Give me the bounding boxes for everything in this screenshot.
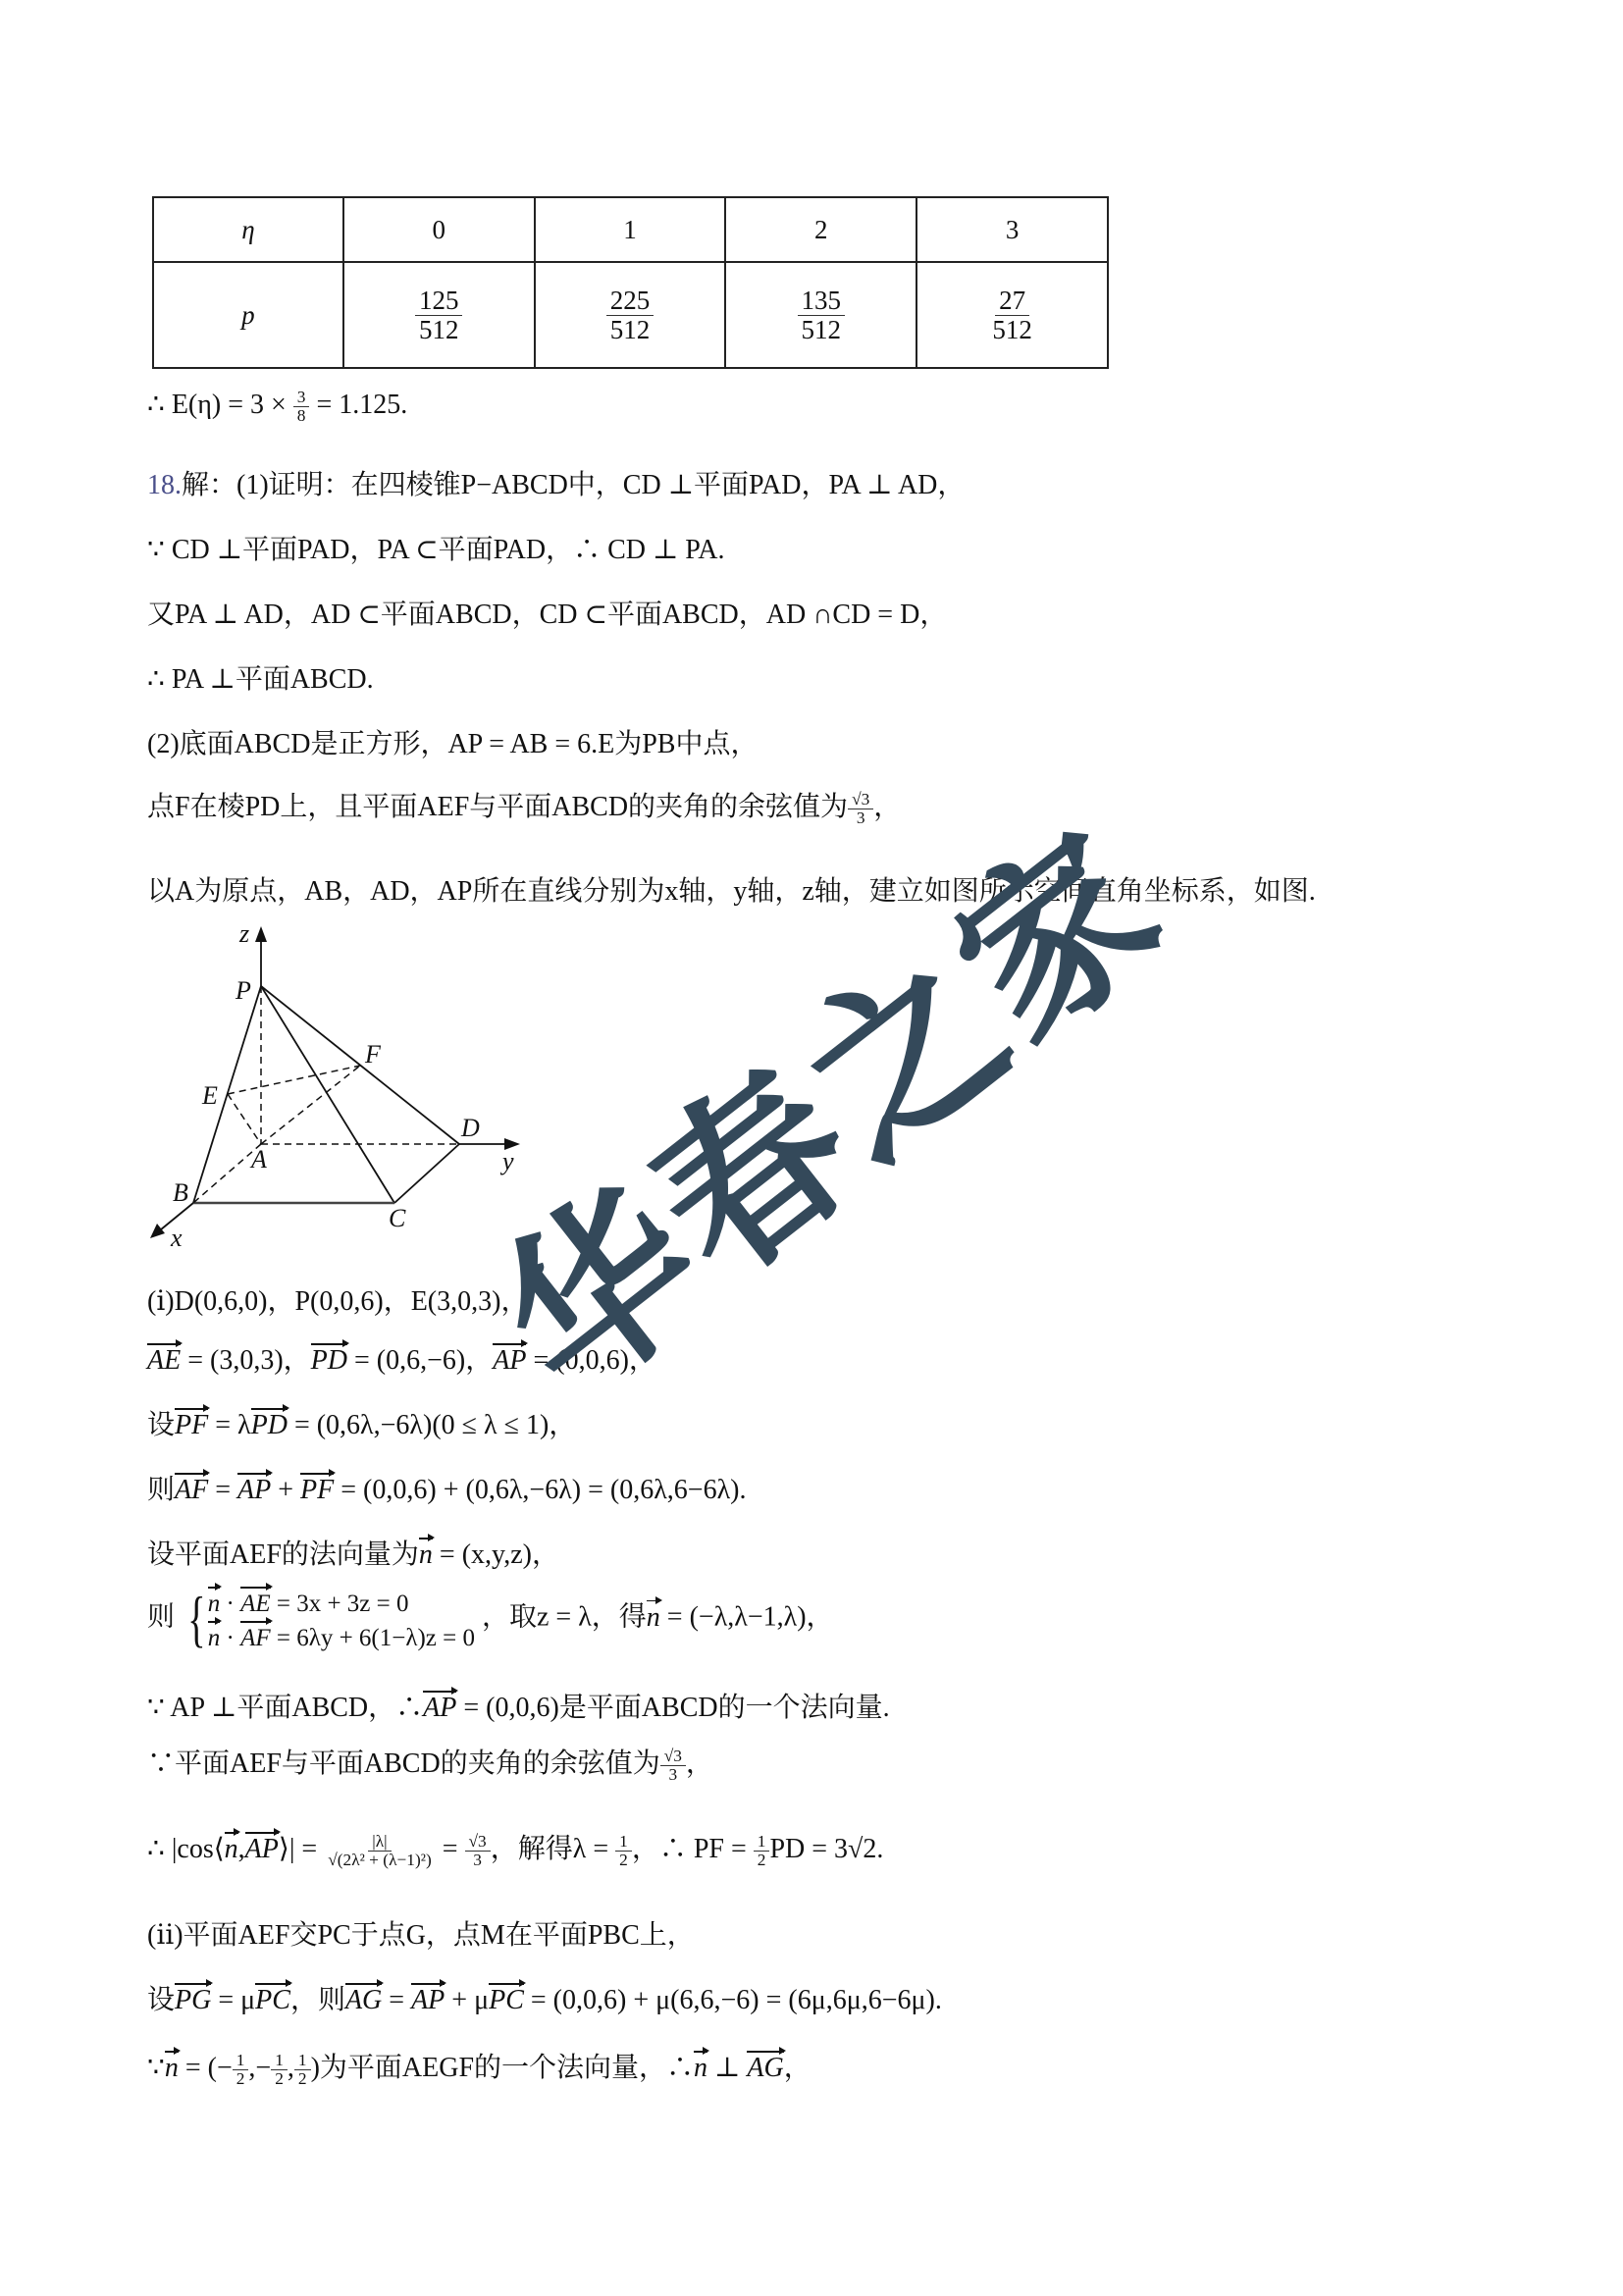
table-cell: 0 <box>343 197 535 262</box>
table-cell: p <box>153 262 343 368</box>
svg-text:D: D <box>460 1114 480 1142</box>
part-i-line-7: ∵ AP ⊥平面ABCD，∴AP = (0,0,6)是平面ABCD的一个法向量. <box>147 1686 890 1725</box>
part-i-line-6: 则 { n · AE = 3x + 3z = 0 n · AF = 6λy + … <box>147 1585 834 1654</box>
table-row: p 125512 225512 135512 27512 <box>153 262 1108 368</box>
x-axis-arrow-icon <box>150 1224 165 1238</box>
part-i-line-8: ∵平面AEF与平面ABCD的夹角的余弦值为√33， <box>147 1742 713 1784</box>
part-ii-line-1: (ⅱ)平面AEF交PC于点G，点M在平面PBC上， <box>147 1913 695 1953</box>
equation-system: { n · AE = 3x + 3z = 0 n · AF = 6λy + 6(… <box>182 1585 475 1654</box>
part-i-line-5: 设平面AEF的法向量为n = (x,y,z)， <box>147 1533 559 1572</box>
distribution-table: η 0 1 2 3 p 125512 225512 135512 27512 <box>152 196 1109 369</box>
part-i-line-1: (ⅰ)D(0,6,0)，P(0,0,6)，E(3,0,3)， <box>147 1279 528 1319</box>
svg-text:A: A <box>249 1145 267 1174</box>
part-i-line-4: 则AF = AP + PF = (0,0,6) + (0,6λ,−6λ) = (… <box>147 1468 746 1507</box>
q18-line-6: 点F在棱PD上，且平面AEF与平面ABCD的夹角的余弦值为√33， <box>147 785 901 827</box>
table-cell: η <box>153 197 343 262</box>
part-i-line-9: ∴ |cos⟨n,AP⟩| = |λ|√(2λ² + (λ−1)²) = √33… <box>147 1827 883 1869</box>
question-number: 18. <box>147 470 182 500</box>
table-cell: 135512 <box>725 262 916 368</box>
part-ii-line-2: 设PG = μPC，则AG = AP + μPC = (0,0,6) + μ(6… <box>147 1978 942 2017</box>
table-cell: 2 <box>725 197 916 262</box>
table-cell: 125512 <box>343 262 535 368</box>
part-i-line-3: 设PF = λPD = (0,6λ,−6λ)(0 ≤ λ ≤ 1)， <box>147 1403 576 1442</box>
pyramid-figure: z P F E D y A B C x <box>137 922 550 1266</box>
table-cell: 3 <box>916 197 1108 262</box>
svg-text:B: B <box>173 1178 188 1207</box>
svg-text:z: z <box>238 922 249 948</box>
q18-line-3: 又PA ⊥ AD，AD ⊂平面ABCD，CD ⊂平面ABCD，AD ∩CD = … <box>147 593 947 632</box>
table-cell: 225512 <box>535 262 726 368</box>
svg-text:E: E <box>201 1081 218 1110</box>
watermark: 华春之家 <box>472 818 1217 1479</box>
svg-text:C: C <box>389 1204 406 1232</box>
q18-line-2: ∵ CD ⊥平面PAD，PA ⊂平面PAD，∴ CD ⊥ PA. <box>147 528 725 567</box>
svg-text:y: y <box>499 1147 514 1175</box>
table-cell: 1 <box>535 197 726 262</box>
q18-line-5: (2)底面ABCD是正方形，AP = AB = 6.E为PB中点， <box>147 722 758 761</box>
z-axis-arrow-icon <box>255 926 267 942</box>
part-ii-line-3: ∵n = (−12,−12,12)为平面AEGF的一个法向量，∴n ⊥ AG， <box>147 2046 811 2088</box>
q18-line-4: ∴ PA ⊥平面ABCD. <box>147 657 374 697</box>
svg-text:x: x <box>170 1224 183 1252</box>
document-page: η 0 1 2 3 p 125512 225512 135512 27512 ∴… <box>0 0 1623 2296</box>
svg-text:P: P <box>235 976 251 1005</box>
expectation-line: ∴ E(η) = 3 × 38 = 1.125. <box>147 388 407 425</box>
table-cell: 27512 <box>916 262 1108 368</box>
svg-text:F: F <box>364 1040 382 1069</box>
q18-line-1: 18.解：(1)证明：在四棱锥P−ABCD中，CD ⊥平面PAD，PA ⊥ AD… <box>147 463 965 502</box>
table-header-row: η 0 1 2 3 <box>153 197 1108 262</box>
